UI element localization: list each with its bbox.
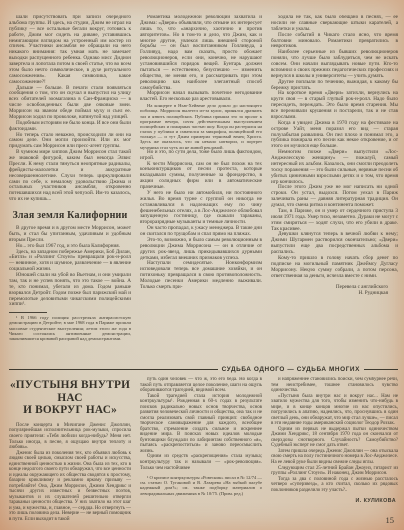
column-2-paragraphs-a: Романтика молодежной революции захватила… (140, 15, 262, 103)
paragraph: Одним из первых не выдержал пытки одиноч… (271, 427, 398, 449)
paragraph: Тогда за два с половиной года с жизнью р… (271, 477, 398, 494)
paragraph: Девушки клянутся теперь в вечной любви к… (271, 232, 398, 256)
paragraph: Здесь, на западном побережье Америки, Бо… (9, 250, 131, 274)
footnote-text: ¹ В 1966 году полиция расстреляла антира… (9, 315, 131, 341)
paragraph: У него не было ни автомобиля, ни постоян… (140, 191, 262, 226)
afterword-column-2: путь один человек — что ж, это его беда.… (140, 377, 262, 524)
paragraph: Это-то, возможно, и было самым революцио… (140, 238, 262, 262)
paragraph: После концерта в Мичигане Дженис Джоплин… (9, 423, 131, 451)
paragraph: Наступали семидесятые. Нонконформизм исп… (140, 261, 262, 290)
paragraph: После этого Джим уже не мог написать ни … (271, 185, 398, 209)
column-3-paragraphs: ходила не так, как было обещано в песнях… (271, 15, 398, 279)
divider-label: СУДЬБА ОДНОГО — СУДЬБА МНОГИХ (222, 366, 360, 373)
afterword-footnote: ¹ О кризисе контркультуры «Ровесник» пис… (140, 475, 262, 496)
afterword-column-1-paragraphs: После концерта в Мичигане Дженис Джоплин… (9, 423, 131, 523)
section-divider: СУДЬБА ОДНОГО — СУДЬБА МНОГИХ (9, 366, 398, 373)
afterword-footnote-text: ¹ О кризисе контркультуры «Ровесник» пис… (140, 475, 262, 496)
paragraph: На короткое время «Двери» затихли, верну… (271, 91, 398, 120)
paragraph: Кому-то пришло в голову начать сбор дене… (271, 256, 398, 280)
paragraph: Романтика молодежной революции захватила… (140, 15, 262, 91)
paragraph: и напряженнее становились поиски, чем су… (271, 377, 398, 394)
article-jim-morrison: шали присутствовать при записи очередног… (9, 15, 398, 366)
paragraph: Когда я увидел Джима в 1970 году на фест… (271, 121, 398, 150)
afterword-column-2-paragraphs: путь один человек — что ж, это его беда.… (140, 377, 262, 471)
column-2-paragraphs-b: Но и это, по сути дела, тоже было лишь ф… (140, 150, 262, 291)
magazine-page: шали присутствовать при записи очередног… (0, 0, 404, 530)
paragraph: Немногим позже «Двери» выпустили «Лос-Ан… (271, 150, 398, 185)
paragraph: Моррисон начал вызывать почетное негодов… (140, 91, 262, 103)
article-section-heading: Злая земля Калифорнии (9, 210, 131, 221)
column-2-small-print-paragraph: На концерте в Нью-Хейвене дело дошло до … (140, 103, 262, 150)
paragraph: После событий в Чикаго стало ясно, что в… (271, 33, 398, 51)
column-1-top-paragraphs: шали присутствовать при записи очередног… (9, 15, 131, 203)
translator-credit-line-2: Н. Рудницкая (271, 291, 388, 297)
page-number: 15 (386, 515, 395, 525)
paragraph: В другое время и в другом месте Моррисон… (9, 226, 131, 244)
divider-rule-right (364, 369, 398, 370)
paragraph: Наиболее серьезные из бывших революционе… (271, 50, 398, 79)
afterword-title-line-1: «ПУСТЫНЯ ВНУТРИ НАС (9, 379, 131, 404)
afterword-title: «ПУСТЫНЯ ВНУТРИ НАС И ВОКРУГ НАС» (9, 379, 131, 417)
paragraph: Одним из средств «раскрепощения» стала м… (140, 454, 262, 471)
paragraph: Следующим стал 25-летний Брайан Джоунз, … (271, 466, 398, 477)
afterword-title-line-2: И ВОКРУГ НАС» (9, 404, 131, 417)
article-column-1: шали присутствовать при записи очередног… (9, 15, 131, 366)
article-column-3: ходила не так, как было обещано в песнях… (271, 15, 398, 366)
translator-credit: Перевела с английского Н. Рудницкая (271, 285, 398, 297)
afterword-column-3-paragraphs: и напряженнее становились поиски, чем су… (271, 377, 398, 493)
paragraph: Затем пришла очередь Дженис Джоплин — он… (271, 449, 398, 466)
author-signature: И. КУЛИКОВА (271, 498, 398, 504)
paragraph: «Пустыня была внутри нас и вокруг нас...… (271, 394, 398, 427)
paragraph: Но теперь стало неважно, происходили ли … (9, 133, 131, 151)
afterword-section: «ПУСТЫНЯ ВНУТРИ НАС И ВОКРУГ НАС» После … (9, 377, 398, 524)
paragraph: В чумном мире хиппов Джим Моррисон стал … (9, 150, 131, 203)
afterword-column-1: «ПУСТЫНЯ ВНУТРИ НАС И ВОКРУГ НАС» После … (9, 377, 131, 524)
article-column-2: Романтика молодежной революции захватила… (140, 15, 262, 366)
footnote-divider-rule (9, 312, 47, 313)
column-1-after-heading-paragraphs: В другое время и в другом месте Моррисон… (9, 226, 131, 308)
paragraph: Дженис была из поколения тех, кто объяви… (9, 451, 131, 523)
divider-rule-left (9, 369, 218, 370)
paragraph: ходила не так, как было обещано в песнях… (271, 15, 398, 33)
article-footnote: ¹ В 1966 году полиция расстреляла антира… (9, 315, 131, 341)
paragraph: Подобным историям не было конца. И все о… (9, 121, 131, 133)
paragraph: К чести Моррисона, сам он не был похож н… (140, 162, 262, 191)
paragraph: Такой трагедией стала история молодежной… (140, 394, 262, 455)
paragraph: путь один человек — что ж, это его беда.… (140, 377, 262, 394)
paragraph: Но и это, по сути дела, тоже было лишь ф… (140, 150, 262, 162)
paragraph: Там, в Париже, он и умер от сердечного п… (271, 209, 398, 233)
paragraph: Дальше — больше. В печати стали появлять… (9, 86, 131, 121)
afterword-column-3: и напряженнее становились поиски, чем су… (271, 377, 398, 524)
paragraph: Юношей слали на убой во Вьетнам, и они у… (9, 273, 131, 308)
paragraph: шали присутствовать при записи очередног… (9, 15, 131, 86)
